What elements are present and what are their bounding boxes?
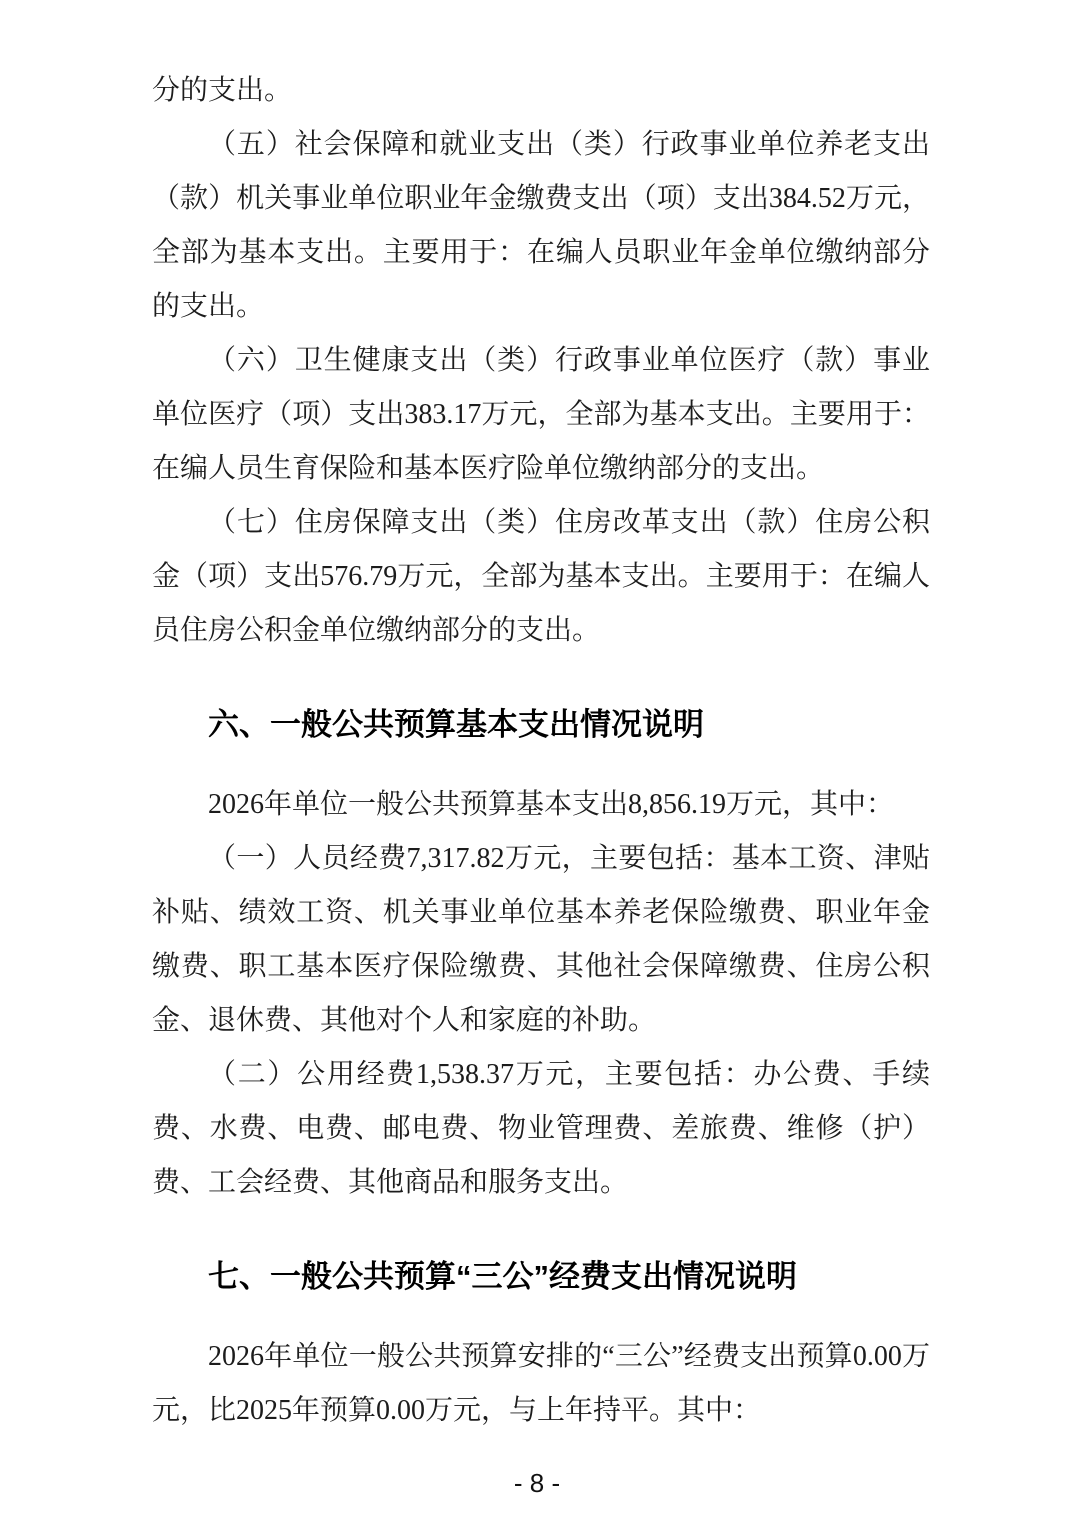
body-paragraph: 2026年单位一般公共预算基本支出8,856.19万元，其中： bbox=[152, 778, 930, 832]
body-paragraph: （一）人员经费7,317.82万元，主要包括：基本工资、津贴补贴、绩效工资、机关… bbox=[152, 832, 930, 1048]
page-footer: - 8 - bbox=[0, 1468, 1074, 1499]
document-page: 分的支出。（五）社会保障和就业支出（类）行政事业单位养老支出（款）机关事业单位职… bbox=[0, 0, 1074, 1520]
section-heading: 七、一般公共预算“三公”经费支出情况说明 bbox=[152, 1250, 930, 1304]
page-number: - 8 - bbox=[514, 1468, 560, 1498]
body-paragraph: （二）公用经费1,538.37万元，主要包括：办公费、手续费、水费、电费、邮电费… bbox=[152, 1048, 930, 1210]
body-paragraph: （六）卫生健康支出（类）行政事业单位医疗（款）事业单位医疗（项）支出383.17… bbox=[152, 334, 930, 496]
document-content: 分的支出。（五）社会保障和就业支出（类）行政事业单位养老支出（款）机关事业单位职… bbox=[152, 64, 930, 1438]
body-paragraph: （七）住房保障支出（类）住房改革支出（款）住房公积金（项）支出576.79万元，… bbox=[152, 496, 930, 658]
body-paragraph: （五）社会保障和就业支出（类）行政事业单位养老支出（款）机关事业单位职业年金缴费… bbox=[152, 118, 930, 334]
body-paragraph: 分的支出。 bbox=[152, 64, 930, 118]
body-paragraph: 2026年单位一般公共预算安排的“三公”经费支出预算0.00万元，比2025年预… bbox=[152, 1330, 930, 1438]
section-heading: 六、一般公共预算基本支出情况说明 bbox=[152, 698, 930, 752]
